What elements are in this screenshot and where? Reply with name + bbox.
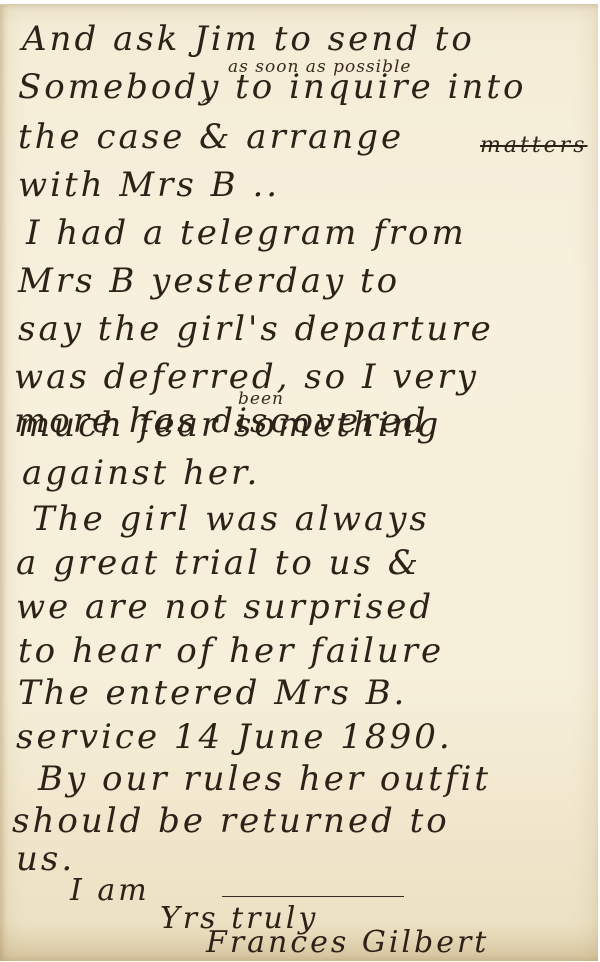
- struck-word: matters: [480, 133, 598, 158]
- letter-line-13: a great trial to us &: [16, 543, 598, 583]
- letter-line-18: By our rules her outfit: [38, 759, 598, 799]
- letter-line-17: service 14 June 1890.: [16, 717, 598, 757]
- signature: Frances Gilbert: [206, 925, 598, 960]
- letter-line-11: against her.: [22, 453, 598, 493]
- letter-line-12: The girl was always: [32, 499, 598, 539]
- letter-line-15: to hear of her failure: [18, 631, 598, 671]
- letter-line-1: And ask Jim to send to: [22, 19, 598, 59]
- letter-line-6: Mrs B yesterday to: [18, 261, 598, 301]
- letter-page: And ask Jim to send to as soon as possib…: [0, 4, 598, 961]
- letter-line-10: more has discovered: [14, 401, 598, 441]
- insertion-caret: ^: [200, 97, 212, 113]
- signature-rule: [222, 896, 404, 897]
- letter-line-5: I had a telegram from: [26, 213, 598, 253]
- letter-line-7: say the girl's departure: [18, 309, 598, 349]
- letter-line-14: we are not surprised: [16, 587, 598, 627]
- letter-line-8: was deferred, so I very: [14, 357, 598, 397]
- letter-line-19: should be returned to: [12, 801, 598, 841]
- letter-line-4: with Mrs B ..: [18, 165, 598, 205]
- letter-line-16: The entered Mrs B.: [18, 673, 598, 713]
- letter-line-2: Somebody to inquire into: [18, 67, 598, 107]
